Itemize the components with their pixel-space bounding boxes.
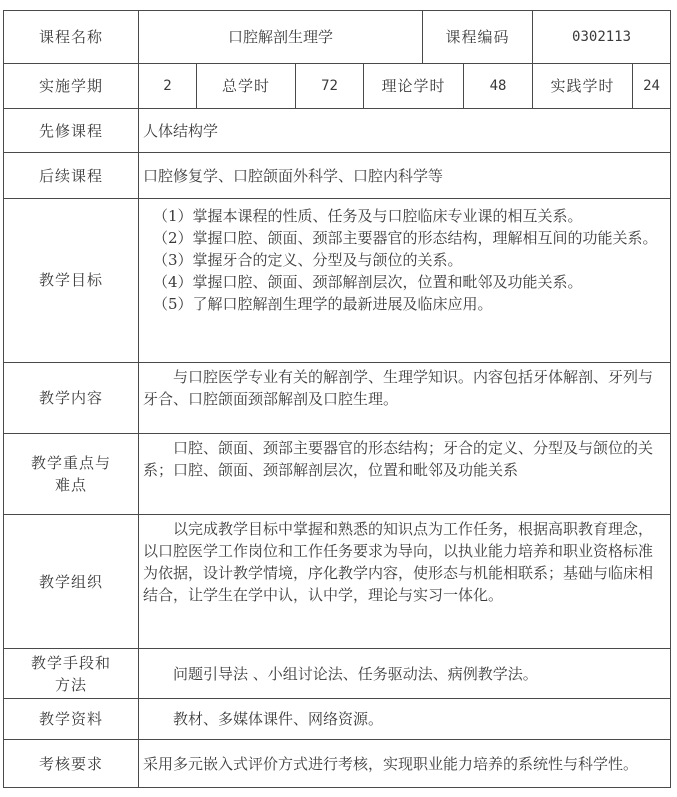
objective-item: （3）掌握牙合的定义、分型及与颌位的关系。 <box>153 249 666 271</box>
course-code-value: 0302113 <box>533 11 671 64</box>
course-name-value: 口腔解剖生理学 <box>139 11 423 64</box>
semester-value: 2 <box>139 64 197 109</box>
assessment-label: 考核要求 <box>4 740 139 788</box>
prerequisite-value: 人体结构学 <box>139 109 671 153</box>
objective-item: （4）掌握口腔、颌面、颈部解剖层次，位置和毗邻及功能关系。 <box>153 271 666 293</box>
methods-value: 问题引导法 、小组讨论法、任务驱动法、病例教学法。 <box>139 649 671 699</box>
key-points-label-line2: 难点 <box>8 474 134 496</box>
row-follow-up: 后续课程 口腔修复学、口腔颌面外科学、口腔内科学等 <box>4 153 671 199</box>
objective-item: （5）了解口腔解剖生理学的最新进展及临床应用。 <box>153 293 666 315</box>
methods-label: 教学手段和 方法 <box>4 649 139 699</box>
course-info-table: 课程名称 口腔解剖生理学 课程编码 0302113 实施学期 2 总学时 72 … <box>3 10 671 788</box>
course-name-label: 课程名称 <box>4 11 139 64</box>
materials-value: 教材、多媒体课件、网络资源。 <box>139 699 671 740</box>
row-hours: 实施学期 2 总学时 72 理论学时 48 实践学时 24 <box>4 64 671 109</box>
course-code-label: 课程编码 <box>423 11 533 64</box>
assessment-value: 采用多元嵌入式评价方式进行考核，实现职业能力培养的系统性与科学性。 <box>139 740 671 788</box>
row-organization: 教学组织 以完成教学目标中掌握和熟悉的知识点为工作任务，根据高职教育理念，以口腔… <box>4 515 671 649</box>
row-assessment: 考核要求 采用多元嵌入式评价方式进行考核，实现职业能力培养的系统性与科学性。 <box>4 740 671 788</box>
row-objectives: 教学目标 （1）掌握本课程的性质、任务及与口腔临床专业课的相互关系。 （2）掌握… <box>4 199 671 363</box>
content-value: 与口腔医学专业有关的解剖学、生理学知识。内容包括牙体解剖、牙列与牙合、口腔颌面颈… <box>139 363 671 434</box>
key-points-value: 口腔、颌面、颈部主要器官的形态结构；牙合的定义、分型及与颌位的关系；口腔、颌面、… <box>139 434 671 515</box>
organization-value: 以完成教学目标中掌握和熟悉的知识点为工作任务，根据高职教育理念，以口腔医学工作岗… <box>139 515 671 649</box>
row-key-points: 教学重点与 难点 口腔、颌面、颈部主要器官的形态结构；牙合的定义、分型及与颌位的… <box>4 434 671 515</box>
row-content: 教学内容 与口腔医学专业有关的解剖学、生理学知识。内容包括牙体解剖、牙列与牙合、… <box>4 363 671 434</box>
objectives-label: 教学目标 <box>4 199 139 363</box>
objective-item: （2）掌握口腔、颌面、颈部主要器官的形态结构，理解相互间的功能关系。 <box>153 227 666 249</box>
row-prerequisite: 先修课程 人体结构学 <box>4 109 671 153</box>
semester-label: 实施学期 <box>4 64 139 109</box>
practice-hours-value: 24 <box>633 64 671 109</box>
organization-label: 教学组织 <box>4 515 139 649</box>
practice-hours-label: 实践学时 <box>533 64 633 109</box>
row-course-name: 课程名称 口腔解剖生理学 课程编码 0302113 <box>4 11 671 64</box>
row-methods: 教学手段和 方法 问题引导法 、小组讨论法、任务驱动法、病例教学法。 <box>4 649 671 699</box>
methods-label-line1: 教学手段和 <box>8 652 134 674</box>
methods-label-line2: 方法 <box>8 674 134 696</box>
content-label: 教学内容 <box>4 363 139 434</box>
theory-hours-value: 48 <box>464 64 533 109</box>
total-hours-label: 总学时 <box>197 64 296 109</box>
prerequisite-label: 先修课程 <box>4 109 139 153</box>
objective-item: （1）掌握本课程的性质、任务及与口腔临床专业课的相互关系。 <box>153 205 666 227</box>
key-points-label: 教学重点与 难点 <box>4 434 139 515</box>
key-points-label-line1: 教学重点与 <box>8 452 134 474</box>
follow-up-label: 后续课程 <box>4 153 139 199</box>
follow-up-value: 口腔修复学、口腔颌面外科学、口腔内科学等 <box>139 153 671 199</box>
row-materials: 教学资料 教材、多媒体课件、网络资源。 <box>4 699 671 740</box>
theory-hours-label: 理论学时 <box>364 64 464 109</box>
materials-label: 教学资料 <box>4 699 139 740</box>
total-hours-value: 72 <box>296 64 364 109</box>
objectives-list: （1）掌握本课程的性质、任务及与口腔临床专业课的相互关系。 （2）掌握口腔、颌面… <box>139 199 671 363</box>
